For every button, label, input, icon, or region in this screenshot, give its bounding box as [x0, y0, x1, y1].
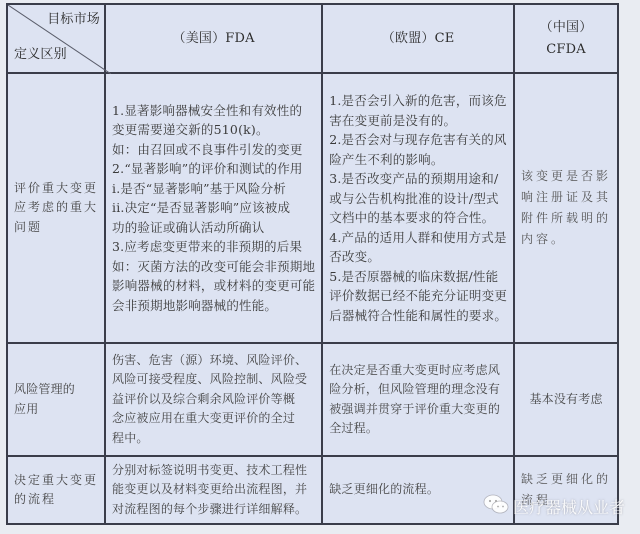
cell-line: 3.应考虑变更带来的非预期的后果	[112, 237, 315, 257]
row-label-line: 决定重大变更	[14, 471, 98, 491]
cell-line: 内容。	[521, 229, 611, 250]
row-label: 决定重大变更 的流程	[7, 456, 105, 524]
row-label: 风险管理的 应用	[7, 343, 105, 456]
cell-line: 分别对标签说明书变更、技术工程性	[112, 461, 315, 481]
row-label: 评价重大变更 应考虑的重大 问题	[7, 73, 105, 343]
cell-line: ii.决定“是否显著影响”应该被成	[112, 198, 315, 218]
cell-line: 险分析，但风险管理的理念没有	[329, 380, 507, 400]
row-label-line: 风险管理的	[14, 380, 98, 400]
row-label-line: 问题	[14, 218, 98, 238]
cfda-cell: 该变更是否影 响注册证及其 附件所载明的 内容。	[514, 73, 618, 343]
header-definition-diff: 定义区别	[14, 45, 67, 65]
header-target-market: 目标市场	[47, 10, 100, 30]
cell-line: 风险可接受程度、风险控制、风险受	[112, 370, 315, 390]
cell-line: 3.是否改变产品的预期用途和/	[329, 169, 507, 189]
cell-line: 否改变。	[329, 247, 507, 267]
cell-line: i.是否“显著影响”基于风险分析	[112, 179, 315, 199]
cell-line: 功的验证或确认活动所确认	[112, 218, 315, 238]
cell-line: 被强调并贯穿于评价重大变更的	[329, 400, 507, 420]
cell-line: 全过程。	[329, 419, 507, 439]
cell-line: 2.“显著影响”的评价和测试的作用	[112, 159, 315, 179]
fda-cell: 1.显著影响器械安全性和有效性的 变更需要递交新的510(k)。 如：由召回或不…	[105, 73, 322, 343]
cell-line: 缺乏更细化的	[521, 469, 611, 490]
header-cfda-line1: （中国）	[521, 17, 611, 39]
cell-line: 附件所载明的	[521, 208, 611, 229]
cell-line: 能变更以及材料变更给出流程图，并	[112, 480, 315, 500]
table-row-risk-management: 风险管理的 应用 伤害、危害（源）环境、风险评价、 风险可接受程度、风险控制、风…	[7, 343, 618, 456]
cell-line: 如：由召回或不良事件引发的变更	[112, 140, 315, 160]
cell-line: 2.是否会对与现存危害有关的风	[329, 130, 507, 150]
cell-line: 影响器械的材料，或材料的变更可能	[112, 276, 315, 296]
cell-line: 4.产品的适用人群和使用方式是	[329, 228, 507, 248]
wechat-icon	[483, 494, 509, 518]
watermark: 医疗器械从业者	[483, 494, 625, 518]
row-label-line: 应考虑的重大	[14, 198, 98, 218]
fda-cell: 分别对标签说明书变更、技术工程性 能变更以及材料变更给出流程图，并 对流程图的每…	[105, 456, 322, 524]
cell-line: 评价数据已经不能充分证明变更	[329, 286, 507, 306]
cell-line: 变更需要递交新的510(k)。	[112, 120, 315, 140]
header-ce: （欧盟）CE	[322, 4, 514, 73]
cell-line: 缺乏更细化的流程。	[329, 480, 507, 500]
cell-line: 对流程图的每个步骤进行详细解释。	[112, 500, 315, 520]
cell-line: 文档中的基本要求的符合性。	[329, 208, 507, 228]
cell-line: 益评价以及综合剩余风险评价等概	[112, 390, 315, 410]
header-cfda: （中国） CFDA	[514, 4, 618, 73]
header-fda: （美国）FDA	[105, 4, 322, 73]
header-cfda-line2: CFDA	[521, 39, 611, 61]
row-label-line: 的流程	[14, 490, 98, 510]
cell-line: 如：灭菌方法的改变可能会非预期地	[112, 257, 315, 277]
cell-line: 念应被应用在重大变更评价的全过	[112, 409, 315, 429]
watermark-text: 医疗器械从业者	[513, 495, 625, 518]
table-row-major-issues: 评价重大变更 应考虑的重大 问题 1.显著影响器械安全性和有效性的 变更需要递交…	[7, 73, 618, 343]
cell-line: 害在变更前是没有的。	[329, 111, 507, 131]
cfda-cell: 基本没有考虑	[514, 343, 618, 456]
cell-line: 或与公告机构批准的设计/型式	[329, 189, 507, 209]
cell-line: 后器械符合性能和属性的要求。	[329, 306, 507, 326]
cell-line: 5.是否原器械的临床数据/性能	[329, 267, 507, 287]
comparison-table: 目标市场 定义区别 （美国）FDA （欧盟）CE （中国） CFDA 评价重大变…	[6, 3, 619, 525]
fda-cell: 伤害、危害（源）环境、风险评价、 风险可接受程度、风险控制、风险受 益评价以及综…	[105, 343, 322, 456]
cell-line: 1.是否会引入新的危害，而该危	[329, 91, 507, 111]
diagonal-header-cell: 目标市场 定义区别	[7, 4, 105, 73]
cell-line: 险产生不利的影响。	[329, 150, 507, 170]
header-row: 目标市场 定义区别 （美国）FDA （欧盟）CE （中国） CFDA	[7, 4, 618, 73]
cell-line: 1.显著影响器械安全性和有效性的	[112, 101, 315, 121]
comparison-table-container: 目标市场 定义区别 （美国）FDA （欧盟）CE （中国） CFDA 评价重大变…	[6, 3, 619, 525]
cell-line: 伤害、危害（源）环境、风险评价、	[112, 351, 315, 371]
cell-line: 响注册证及其	[521, 187, 611, 208]
cell-line: 程中。	[112, 429, 315, 449]
row-label-line: 评价重大变更	[14, 179, 98, 199]
row-label-line: 应用	[14, 400, 98, 420]
ce-cell: 1.是否会引入新的危害，而该危 害在变更前是没有的。 2.是否会对与现存危害有关…	[322, 73, 514, 343]
cell-line: 会非预期地影响器械的性能。	[112, 296, 315, 316]
cell-line: 在决定是否重大变更时应考虑风	[329, 361, 507, 381]
cell-line: 基本没有考虑	[521, 390, 611, 410]
cell-line: 该变更是否影	[521, 166, 611, 187]
ce-cell: 在决定是否重大变更时应考虑风 险分析，但风险管理的理念没有 被强调并贯穿于评价重…	[322, 343, 514, 456]
